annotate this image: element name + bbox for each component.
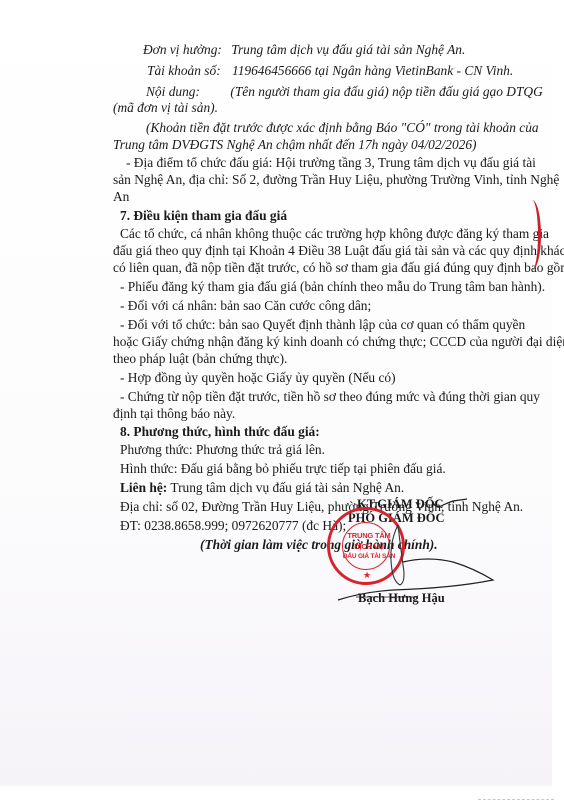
requirement-item-cont: định tại thông báo này. — [113, 405, 235, 422]
contact-address: Địa chỉ: số 02, Đường Trần Huy Liệu, phư… — [120, 498, 523, 515]
content-label: Nội dung: — [146, 83, 217, 100]
account-row: Tài khoản số: 119646456666 tại Ngân hàng… — [147, 62, 513, 79]
requirement-item: - Chứng từ nộp tiền đặt trước, tiền hồ s… — [120, 388, 540, 405]
requirement-item-cont: hoặc Giấy chứng nhận đăng ký kinh doanh … — [113, 333, 564, 350]
auction-method: Phương thức: Phương thức trả giá lên. — [120, 441, 325, 458]
contact-row: Liên hệ: Trung tâm dịch vụ đấu giá tài s… — [120, 479, 404, 496]
deposit-note-line1: (Khoản tiền đặt trước được xác định bằng… — [146, 119, 539, 136]
seal-text-line1: TRUNG TÂM — [330, 531, 408, 540]
section7-heading: 7. Điều kiện tham gia đấu giá — [120, 207, 287, 224]
venue-line2: sản Nghệ An, địa chỉ: Số 2, đường Trần H… — [113, 171, 559, 188]
requirement-item-cont: theo pháp luật (bản chứng thực). — [113, 350, 287, 367]
seal-text-line3: ĐẤU GIÁ TÀI SẢN — [330, 553, 408, 560]
venue-line3: An — [113, 188, 129, 205]
document-page: Đơn vị hưởng: Trung tâm dịch vụ đấu giá … — [0, 0, 552, 786]
content-value: (Tên người tham gia đấu giá) nộp tiền đấ… — [230, 84, 542, 99]
contact-label: Liên hệ: — [120, 480, 167, 495]
content-value-cont: (mã đơn vị tài sản). — [113, 99, 218, 116]
contact-phone: ĐT: 0238.8658.999; 0972620777 (đc Hà); — [120, 517, 346, 534]
requirement-item: - Hợp đồng ủy quyền hoặc Giấy ủy quyền (… — [120, 369, 396, 386]
requirement-item: - Phiếu đăng ký tham gia đấu giá (bản ch… — [120, 278, 545, 295]
section7-intro-line3: có liên quan, đã nộp tiền đặt trước, có … — [113, 259, 564, 276]
section7-intro-line1: Các tổ chức, cá nhân không thuộc các trư… — [120, 225, 549, 242]
section8-heading: 8. Phương thức, hình thức đấu giá: — [120, 423, 320, 440]
beneficiary-label: Đơn vị hưởng: — [143, 42, 222, 57]
requirement-item: - Đối với cá nhân: bản sao Căn cước công… — [120, 297, 371, 314]
section7-intro-line2: đấu giá theo quy định tại Khoản 4 Điều 3… — [113, 242, 564, 259]
seal-text-line2: DỊCH VỤ — [330, 542, 408, 551]
beneficiary-row: Đơn vị hưởng: Trung tâm dịch vụ đấu giá … — [143, 41, 465, 58]
account-label: Tài khoản số: — [147, 63, 221, 78]
requirement-item: - Đối với tổ chức: bản sao Quyết định th… — [120, 316, 525, 333]
contact-value: Trung tâm dịch vụ đấu giá tài sản Nghệ A… — [167, 480, 404, 495]
page-edge — [478, 799, 554, 800]
account-value: 119646456666 tại Ngân hàng VietinBank - … — [232, 63, 513, 78]
beneficiary-value: Trung tâm dịch vụ đấu giá tài sản Nghệ A… — [231, 42, 465, 57]
venue-line1: - Địa điểm tổ chức đấu giá: Hội trường t… — [126, 154, 536, 171]
official-seal: TRUNG TÂM DỊCH VỤ ĐẤU GIÁ TÀI SẢN ★ — [327, 507, 405, 585]
signatory-name: Bạch Hưng Hậu — [358, 590, 445, 607]
content-row: Nội dung: (Tên người tham gia đấu giá) n… — [146, 83, 543, 100]
auction-form: Hình thức: Đấu giá bằng bỏ phiếu trực ti… — [120, 460, 446, 477]
seal-edge-mark — [523, 200, 541, 270]
deposit-note-line2: Trung tâm DVĐGTS Nghệ An chậm nhất đến 1… — [113, 136, 477, 153]
seal-star-icon: ★ — [363, 571, 371, 580]
